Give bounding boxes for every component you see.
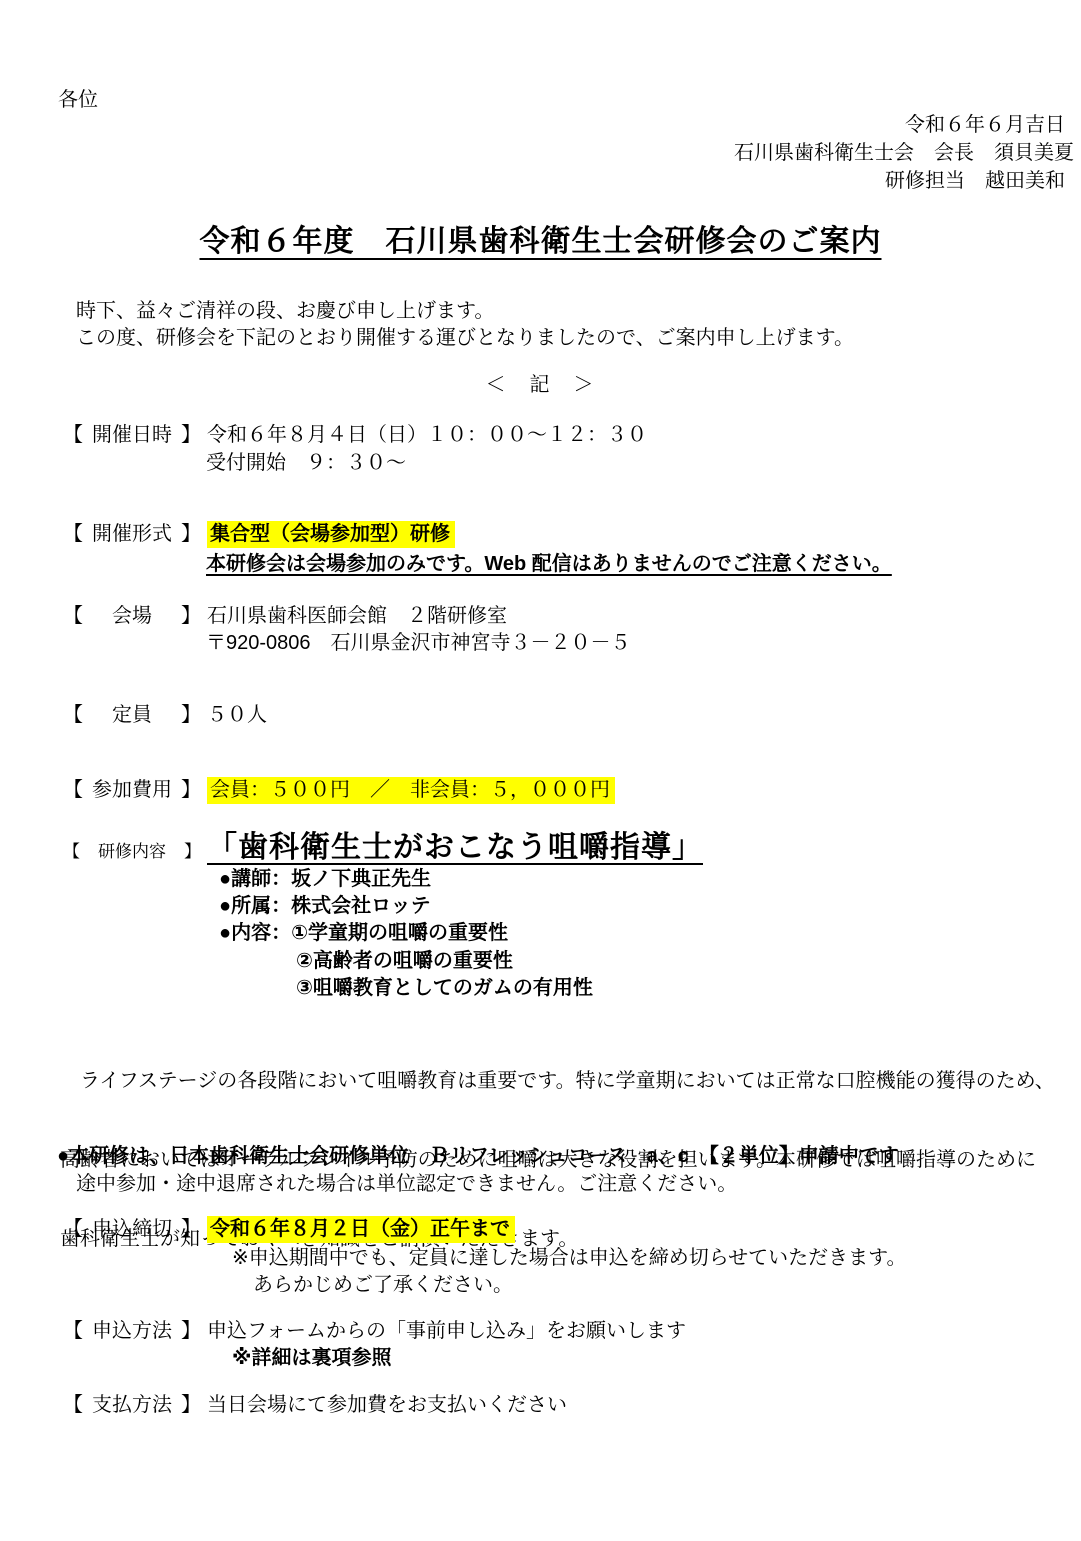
- bracket-open: 【: [63, 521, 83, 547]
- issue-date: 令和６年６月吉日: [905, 112, 1065, 138]
- section-venue: 【会場】 石川県歯科医師会館 ２階研修室: [63, 603, 507, 629]
- fee-value: 会員：５００円 ／ 非会員：５，０００円: [207, 777, 615, 804]
- section-deadline: 【申込締切】 令和６年８月２日（金）正午まで: [63, 1216, 515, 1242]
- bracket-open: 【: [63, 702, 83, 728]
- program-affiliation: ●所属：株式会社ロッテ: [219, 893, 431, 919]
- bracket-open: 【: [63, 841, 80, 863]
- deadline-label: 【申込締切】: [63, 1216, 201, 1242]
- section-capacity: 【定員】 ５０人: [63, 702, 267, 728]
- credit-line-2: 途中参加・途中退席された場合は単位認定できません。ご注意ください。: [76, 1171, 737, 1197]
- venue-label: 【会場】: [63, 603, 201, 629]
- bracket-close: 】: [181, 603, 201, 629]
- bracket-open: 【: [63, 1392, 83, 1418]
- section-datetime: 【開催日時】 令和６年８月４日（日）１０：００～１２：３０: [63, 422, 647, 448]
- capacity-label: 【定員】: [63, 702, 201, 728]
- program-label: 【研修内容】: [63, 841, 201, 863]
- apply-label: 【申込方法】: [63, 1318, 201, 1344]
- format-highlight: 集合型（会場参加型）研修: [207, 521, 455, 548]
- document-title: 令和６年度 石川県歯科衛生士会研修会のご案内: [0, 222, 1081, 261]
- bracket-close: 】: [181, 422, 201, 448]
- sender-staff-line: 研修担当 越田美和: [885, 168, 1065, 194]
- apply-value: 申込フォームからの「事前申し込み」をお願いします: [207, 1318, 686, 1344]
- program-title: 「歯科衛生士がおこなう咀嚼指導」: [207, 828, 703, 867]
- program-content-2: ②高齢者の咀嚼の重要性: [296, 948, 513, 974]
- recipient-line: 各位: [58, 87, 98, 113]
- document-page: 各位 令和６年６月吉日 石川県歯科衛生士会 会長 須貝美夏 研修担当 越田美和 …: [0, 0, 1081, 1541]
- bracket-close: 】: [184, 841, 201, 863]
- record-marker: ＜ 記 ＞: [0, 372, 1081, 398]
- sender-president-line: 石川県歯科衛生士会 会長 須貝美夏: [734, 140, 1074, 166]
- bracket-open: 【: [63, 422, 83, 448]
- format-label: 【開催形式】: [63, 521, 201, 547]
- description-line-1: ライフステージの各段階において咀嚼教育は重要です。特に学童期においては正常な口腔…: [60, 1068, 1045, 1095]
- bracket-close: 】: [181, 702, 201, 728]
- deadline-value: 令和６年８月２日（金）正午まで: [207, 1216, 515, 1243]
- section-format: 【開催形式】 集合型（会場参加型）研修: [63, 521, 455, 547]
- format-note: 本研修会は会場参加のみです。Web 配信はありませんのでご注意ください。: [206, 551, 892, 577]
- bracket-close: 】: [181, 777, 201, 803]
- greeting-line-2: この度、研修会を下記のとおり開催する運びとなりましたので、ご案内申し上げます。: [76, 325, 854, 351]
- bracket-open: 【: [63, 777, 83, 803]
- program-content-3: ③咀嚼教育としてのガムの有用性: [296, 975, 593, 1001]
- datetime-label: 【開催日時】: [63, 422, 201, 448]
- section-apply: 【申込方法】 申込フォームからの「事前申し込み」をお願いします: [63, 1318, 686, 1344]
- fee-label: 【参加費用】: [63, 777, 201, 803]
- bracket-close: 】: [181, 1216, 201, 1242]
- deadline-note-1: ※申込期間中でも、定員に達した場合は申込を締め切らせていただきます。: [232, 1245, 907, 1271]
- bracket-open: 【: [63, 603, 83, 629]
- credit-line-1: ●本研修は、日本歯科衛生士会研修単位 Ｂリフレッシュコース a、c 【２単位】申…: [57, 1143, 899, 1169]
- datetime-reception-line: 受付開始 ９：３０～: [206, 450, 406, 476]
- section-payment: 【支払方法】 当日会場にて参加費をお支払いください: [63, 1392, 567, 1418]
- payment-label: 【支払方法】: [63, 1392, 201, 1418]
- capacity-value: ５０人: [207, 702, 267, 728]
- bracket-open: 【: [63, 1216, 83, 1242]
- payment-value: 当日会場にて参加費をお支払いください: [207, 1392, 567, 1418]
- bracket-close: 】: [181, 1392, 201, 1418]
- venue-name: 石川県歯科医師会館 ２階研修室: [207, 603, 507, 629]
- datetime-value: 令和６年８月４日（日）１０：００～１２：３０: [207, 422, 647, 448]
- bracket-close: 】: [181, 521, 201, 547]
- greeting-line-1: 時下、益々ご清祥の段、お慶び申し上げます。: [76, 298, 494, 324]
- deadline-note-2: あらかじめご了承ください。: [253, 1272, 513, 1298]
- program-lecturer: ●講師：坂ノ下典正先生: [219, 866, 431, 892]
- program-contents-lead: ●内容：①学童期の咀嚼の重要性: [219, 920, 508, 946]
- apply-note: ※詳細は裏項参照: [232, 1345, 391, 1371]
- venue-address: 〒920-0806 石川県金沢市神宮寺３－２０－５: [206, 630, 631, 656]
- bracket-close: 】: [181, 1318, 201, 1344]
- bracket-open: 【: [63, 1318, 83, 1344]
- section-program: 【研修内容】 「歯科衛生士がおこなう咀嚼指導」: [63, 828, 703, 867]
- section-fee: 【参加費用】 会員：５００円 ／ 非会員：５，０００円: [63, 777, 615, 803]
